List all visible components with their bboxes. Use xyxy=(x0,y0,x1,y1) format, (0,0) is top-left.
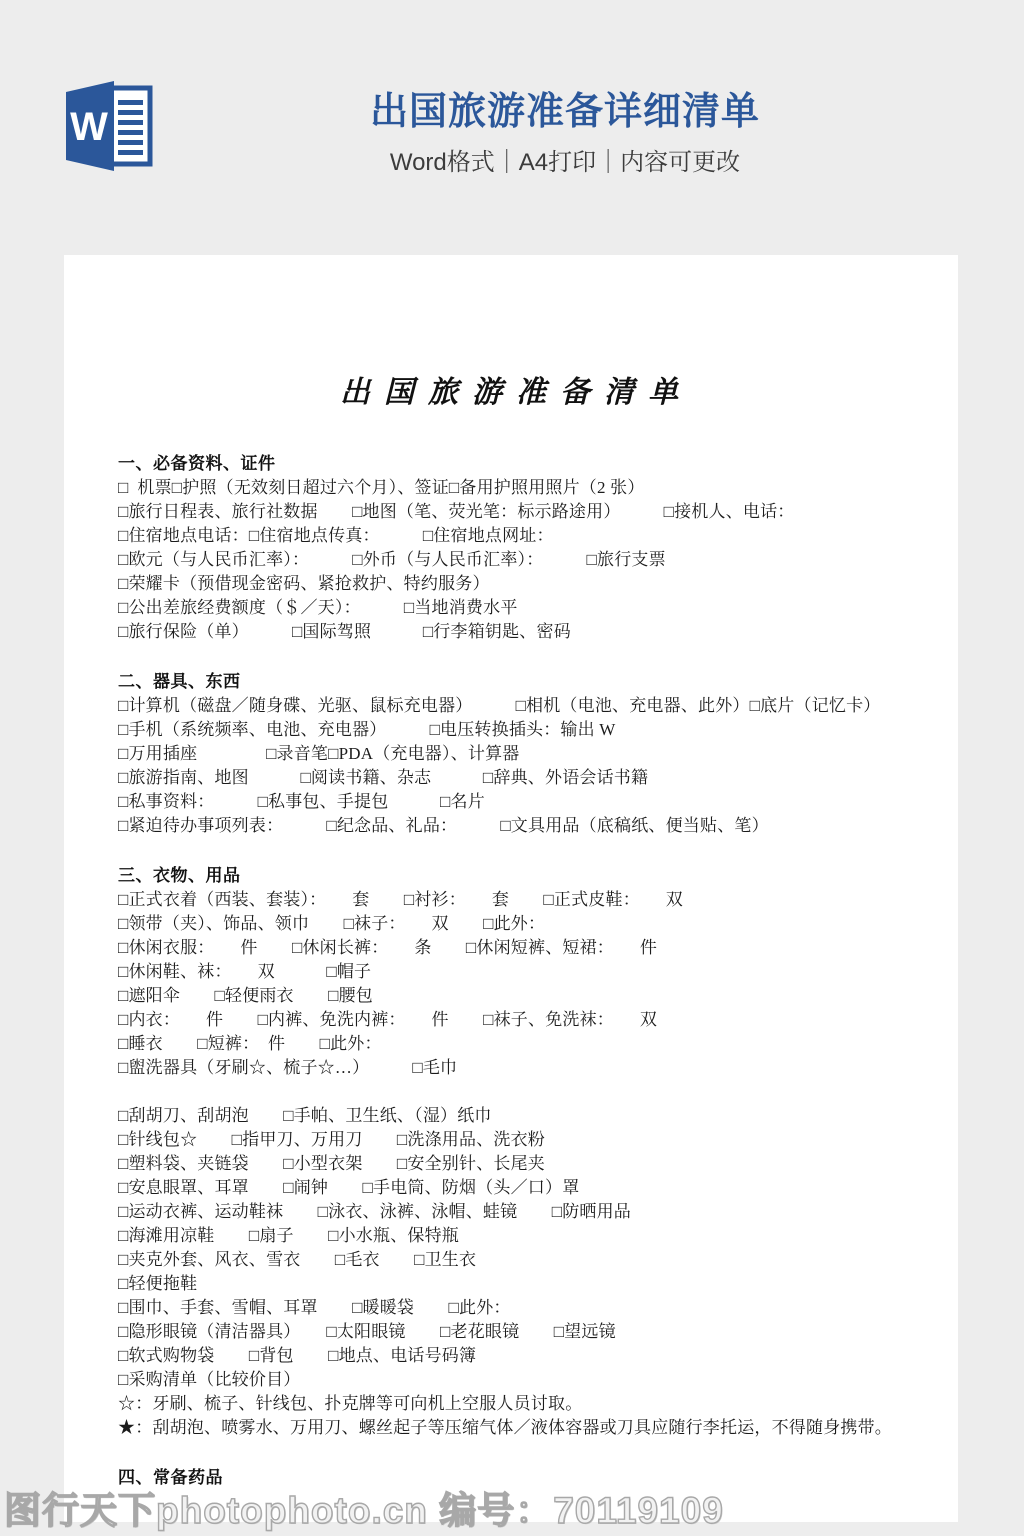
checklist-line: □内衣： 件 □内裤、免洗内裤： 件 □袜子、免洗袜： 双 xyxy=(118,1008,914,1032)
checklist-line: □休闲鞋、袜： 双 □帽子 xyxy=(118,960,914,984)
checklist-line: □海滩用凉鞋 □扇子 □小水瓶、保特瓶 xyxy=(118,1224,914,1248)
checklist-line: ☆：牙刷、梳子、针线包、扑克牌等可向机上空服人员讨取。 xyxy=(118,1392,914,1416)
checklist-line: □旅行保险（单） □国际驾照 □行李箱钥匙、密码 xyxy=(118,620,914,644)
screenshot-canvas: W 出国旅游准备详细清单 Word格式｜A4打印｜内容可更改 出国旅游准备清单 … xyxy=(0,0,1024,1536)
checklist-line: □隐形眼镜（清洁器具） □太阳眼镜 □老花眼镜 □望远镜 xyxy=(118,1320,914,1344)
checklist-line: □旅行日程表、旅行社数据 □地图（笔、荧光笔：标示路途用） □接机人、电话： xyxy=(118,500,914,524)
checklist-line: □运动衣裤、运动鞋袜 □泳衣、泳裤、泳帽、蛙镜 □防晒用品 xyxy=(118,1200,914,1224)
checklist-line: □手机（系统频率、电池、充电器） □电压转换插头：输出 W xyxy=(118,718,914,742)
checklist-line: □正式衣着（西装、套装）： 套 □衬衫： 套 □正式皮鞋： 双 xyxy=(118,888,914,912)
checklist-line: □休闲衣服： 件 □休闲长裤： 条 □休闲短裤、短裙： 件 xyxy=(118,936,914,960)
checklist-line: □ 机票□护照（无效刻日超过六个月）、签证□备用护照用照片（2 张） xyxy=(118,476,914,500)
checklist-line: ★：刮胡泡、喷雾水、万用刀、螺丝起子等压缩气体／液体容器或刀具应随行李托运，不得… xyxy=(118,1416,914,1440)
word-icon: W xyxy=(64,78,156,174)
checklist-line: □住宿地点电话：□住宿地点传真： □住宿地点网址： xyxy=(118,524,914,548)
checklist-line: □遮阳伞 □轻便雨衣 □腰包 xyxy=(118,984,914,1008)
checklist-line: □采购清单（比较价目） xyxy=(118,1368,914,1392)
template-header: W 出国旅游准备详细清单 Word格式｜A4打印｜内容可更改 xyxy=(0,0,1024,255)
checklist-line: □紧迫待办事项列表： □纪念品、礼品： □文具用品（底稿纸、便当贴、笔） xyxy=(118,814,914,838)
checklist-line: □领带（夹）、饰品、领巾 □袜子： 双 □此外： xyxy=(118,912,914,936)
checklist-line: □安息眼罩、耳罩 □闹钟 □手电筒、防烟（头／口）罩 xyxy=(118,1176,914,1200)
blank-line xyxy=(118,1080,914,1104)
checklist-line: □万用插座 □录音笔□PDA（充电器）、计算器 xyxy=(118,742,914,766)
section-heading: 三、衣物、用品 xyxy=(118,864,914,888)
checklist-line: □塑料袋、夹链袋 □小型衣架 □安全别针、长尾夹 xyxy=(118,1152,914,1176)
checklist-line: □旅游指南、地图 □阅读书籍、杂志 □辞典、外语会话书籍 xyxy=(118,766,914,790)
checklist-line: □围巾、手套、雪帽、耳罩 □暖暖袋 □此外： xyxy=(118,1296,914,1320)
section-heading: 二、器具、东西 xyxy=(118,670,914,694)
checklist-line: □私事资料： □私事包、手提包 □名片 xyxy=(118,790,914,814)
checklist-section-1: 一、必备资料、证件□ 机票□护照（无效刻日超过六个月）、签证□备用护照用照片（2… xyxy=(118,452,914,644)
checklist-line: □夹克外套、风衣、雪衣 □毛衣 □卫生衣 xyxy=(118,1248,914,1272)
checklist-line: □软式购物袋 □背包 □地点、电话号码簿 xyxy=(118,1344,914,1368)
checklist-section-2: 二、器具、东西□计算机（磁盘／随身碟、光驱、鼠标充电器） □相机（电池、充电器、… xyxy=(118,670,914,838)
page-subtitle: Word格式｜A4打印｜内容可更改 xyxy=(170,148,960,178)
checklist-section-3: 三、衣物、用品□正式衣着（西装、套装）： 套 □衬衫： 套 □正式皮鞋： 双□领… xyxy=(118,864,914,1440)
page-title: 出国旅游准备详细清单 xyxy=(170,88,960,136)
checklist-line: □轻便拖鞋 xyxy=(118,1272,914,1296)
checklist-sections: 一、必备资料、证件□ 机票□护照（无效刻日超过六个月）、签证□备用护照用照片（2… xyxy=(118,452,914,1490)
checklist-line: □公出差旅经费额度（＄／天）： □当地消费水平 xyxy=(118,596,914,620)
section-heading: 一、必备资料、证件 xyxy=(118,452,914,476)
checklist-line: □针线包☆ □指甲刀、万用刀 □洗涤用品、洗衣粉 xyxy=(118,1128,914,1152)
checklist-line: □盥洗器具（牙刷☆、梳子☆…） □毛巾 xyxy=(118,1056,914,1080)
word-icon-letter: W xyxy=(70,105,108,149)
document-page: 出国旅游准备清单 一、必备资料、证件□ 机票□护照（无效刻日超过六个月）、签证□… xyxy=(64,255,958,1522)
checklist-line: □计算机（磁盘／随身碟、光驱、鼠标充电器） □相机（电池、充电器、此外）□底片（… xyxy=(118,694,914,718)
checklist-line: □刮胡刀、刮胡泡 □手帕、卫生纸、（湿）纸巾 xyxy=(118,1104,914,1128)
document-title: 出国旅游准备清单 xyxy=(118,371,914,415)
watermark-text: 图行天下photophoto.cn 编号：70119109 xyxy=(4,1480,724,1534)
checklist-line: □荣耀卡（预借现金密码、紧抢救护、特约服务） xyxy=(118,572,914,596)
checklist-line: □睡衣 □短裤： 件 □此外： xyxy=(118,1032,914,1056)
checklist-line: □欧元（与人民币汇率）： □外币（与人民币汇率）： □旅行支票 xyxy=(118,548,914,572)
header-text-block: 出国旅游准备详细清单 Word格式｜A4打印｜内容可更改 xyxy=(170,88,960,178)
